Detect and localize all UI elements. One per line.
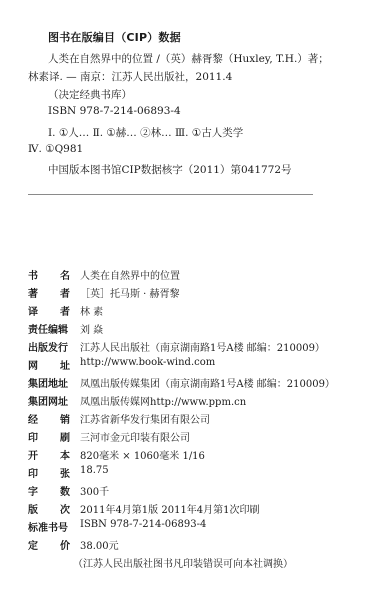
cip-line-library-record: 中国版本图书馆CIP数据核字（2011）第041772号 bbox=[48, 162, 292, 177]
row-value: http://www.book-wind.com bbox=[80, 357, 215, 373]
cip-line-series: （决定经典书库） bbox=[48, 87, 132, 102]
row-value: 江苏省新华发行集团有限公司 bbox=[80, 411, 210, 427]
row-label: 印刷 bbox=[28, 429, 70, 445]
cip-line-class-number: Ⅳ. ①Q981 bbox=[28, 143, 83, 155]
row-value: 凤凰出版传媒集团（南京湖南路1号A楼 邮编：210009） bbox=[80, 375, 335, 391]
row-label: 译者 bbox=[28, 303, 70, 319]
row-label: 网址 bbox=[28, 357, 70, 373]
row-label: 定价 bbox=[28, 537, 70, 553]
colophon-row-group-address: 集团地址 凤凰出版传媒集团（南京湖南路1号A楼 邮编：210009） bbox=[28, 375, 335, 391]
row-value: 2011年4月第1版 2011年4月第1次印刷 bbox=[80, 501, 260, 517]
colophon-row-format: 开本 820毫米 × 1060毫米 1/16 bbox=[28, 447, 205, 463]
colophon-row-edition: 版次 2011年4月第1版 2011年4月第1次印刷 bbox=[28, 501, 260, 517]
row-label: 印张 bbox=[28, 465, 70, 481]
row-label: 集团网址 bbox=[28, 393, 70, 409]
cip-line-translator-publisher: 林素译. — 南京：江苏人民出版社，2011.4 bbox=[28, 69, 232, 84]
row-label: 著者 bbox=[28, 285, 70, 301]
row-label: 书名 bbox=[28, 267, 70, 283]
row-label: 开本 bbox=[28, 447, 70, 463]
row-label: 版次 bbox=[28, 501, 70, 517]
row-value: 江苏人民出版社（南京湖南路1号A楼 邮编：210009） bbox=[80, 339, 325, 355]
colophon-row-editor: 责任编辑 刘 焱 bbox=[28, 321, 103, 337]
row-label: 集团地址 bbox=[28, 375, 70, 391]
printing-error-note: （江苏人民出版社图书凡印装错误可向本社调换） bbox=[73, 555, 293, 570]
colophon-row-price: 定价 38.00元 bbox=[28, 537, 119, 553]
separator-line bbox=[28, 194, 313, 195]
colophon-row-translator: 译者 林 素 bbox=[28, 303, 103, 319]
colophon-row-publisher: 出版发行 江苏人民出版社（南京湖南路1号A楼 邮编：210009） bbox=[28, 339, 325, 355]
colophon-row-title: 书名 人类在自然界中的位置 bbox=[28, 267, 180, 283]
colophon-row-isbn: 标准书号 ISBN 978-7-214-06893-4 bbox=[28, 519, 206, 535]
row-value: 林 素 bbox=[80, 303, 103, 319]
colophon-row-author: 著者 ［英］托马斯 · 赫胥黎 bbox=[28, 285, 180, 301]
colophon-row-printer: 印刷 三河市金元印装有限公司 bbox=[28, 429, 190, 445]
colophon-row-word-count: 字数 300千 bbox=[28, 483, 109, 499]
row-label: 标准书号 bbox=[28, 519, 70, 535]
row-value: 38.00元 bbox=[80, 537, 119, 553]
cip-line-isbn: ISBN 978-7-214-06893-4 bbox=[48, 105, 181, 117]
row-value: ［英］托马斯 · 赫胥黎 bbox=[80, 285, 180, 301]
row-value: 820毫米 × 1060毫米 1/16 bbox=[80, 447, 205, 463]
row-label: 经销 bbox=[28, 411, 70, 427]
colophon-row-distributor: 经销 江苏省新华发行集团有限公司 bbox=[28, 411, 210, 427]
cip-title: 图书在版编目（CIP）数据 bbox=[48, 29, 181, 45]
row-value: 300千 bbox=[80, 483, 109, 499]
row-value: ISBN 978-7-214-06893-4 bbox=[80, 519, 206, 535]
row-label: 责任编辑 bbox=[28, 321, 70, 337]
colophon-row-website: 网址 http://www.book-wind.com bbox=[28, 357, 215, 373]
row-value: 18.75 bbox=[80, 465, 109, 481]
row-label: 字数 bbox=[28, 483, 70, 499]
row-value: 三河市金元印装有限公司 bbox=[80, 429, 190, 445]
row-value: 人类在自然界中的位置 bbox=[80, 267, 180, 283]
cip-line-classification: Ⅰ. ①人… Ⅱ. ①赫… ②林… Ⅲ. ①古人类学 bbox=[48, 125, 243, 140]
row-value: 刘 焱 bbox=[80, 321, 103, 337]
colophon-row-sheets: 印张 18.75 bbox=[28, 465, 109, 481]
colophon-row-group-website: 集团网址 凤凰出版传媒网http://www.ppm.cn bbox=[28, 393, 246, 409]
row-value: 凤凰出版传媒网http://www.ppm.cn bbox=[80, 393, 246, 409]
row-label: 出版发行 bbox=[28, 339, 70, 355]
cip-line-title-author: 人类在自然界中的位置 /（英）赫胥黎（Huxley, T.H.）著； bbox=[48, 51, 329, 66]
